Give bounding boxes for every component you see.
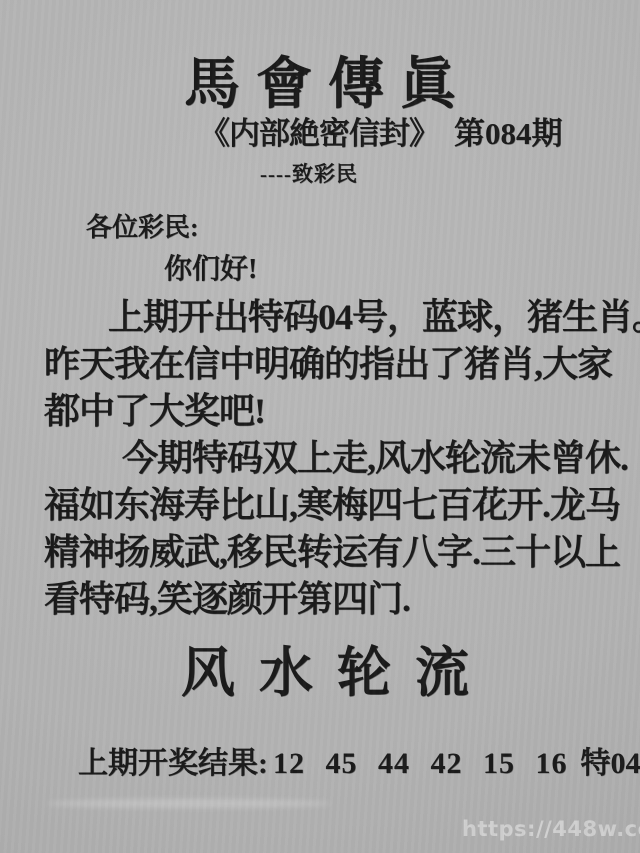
prediction-phrase: 风水轮流 — [0, 630, 640, 707]
greeting: 你们好! — [164, 247, 257, 287]
fax-document: 馬會傳眞 《内部絶密信封》 第084期 ----致彩民 各位彩民: 你们好! 上… — [0, 0, 640, 853]
letter-paragraph-2: 今期特码双上走,风水轮流未曾休. 福如东海寿比山,寒梅四七百花开.龙马 精神扬威… — [44, 435, 616, 623]
watermark-url: https://448w.com — [462, 817, 640, 841]
subtitle-line: 《内部絶密信封》 第084期 — [199, 108, 563, 153]
issue-number: 第084期 — [454, 108, 563, 153]
paragraph-line: 都中了大奖吧! — [44, 388, 616, 435]
result-numbers: 12 45 44 42 15 16 — [273, 747, 568, 781]
result-special-number: 特04 — [581, 738, 640, 782]
paragraph-line: 福如东海寿比山,寒梅四七百花开.龙马 — [44, 482, 616, 529]
salutation: 各位彩民: — [86, 207, 199, 244]
result-label: 上期开奖结果: — [78, 738, 268, 782]
previous-result-line: 上期开奖结果: 12 45 44 42 15 16 特04 — [78, 738, 640, 782]
dedication-line: ----致彩民 — [260, 158, 358, 188]
paragraph-line: 看特码,笑逐颜开第四门. — [44, 576, 616, 623]
paragraph-line: 上期开出特码04号，蓝球，猪生肖。 — [44, 294, 616, 341]
scan-artifact — [46, 799, 331, 808]
letter-paragraph-1: 上期开出特码04号，蓝球，猪生肖。 昨天我在信中明确的指出了猪肖,大家 都中了大… — [44, 294, 616, 435]
paragraph-line: 今期特码双上走,风水轮流未曾休. — [44, 435, 616, 482]
paragraph-line: 昨天我在信中明确的指出了猪肖,大家 — [44, 341, 616, 388]
paragraph-line: 精神扬威武,移民转运有八字.三十以上 — [44, 529, 616, 576]
envelope-label: 《内部絶密信封》 — [199, 108, 439, 153]
